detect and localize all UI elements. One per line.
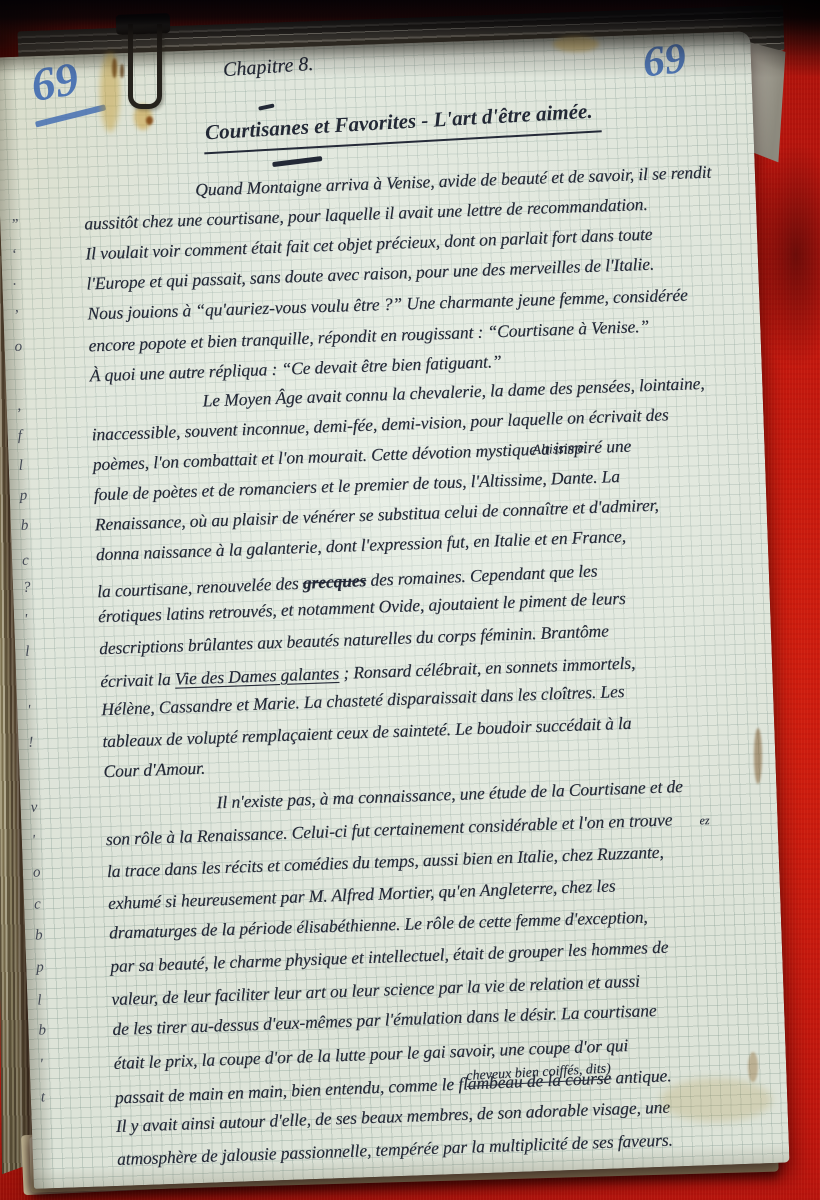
page-number-right: 69 <box>640 34 689 88</box>
interlinear-annotation: ez <box>699 813 710 828</box>
ink-mark <box>258 103 274 110</box>
ink-mark <box>272 156 322 167</box>
chapter-heading: Chapitre 8. <box>222 53 314 82</box>
manuscript-page: 69 69 Chapitre 8. Courtisanes et Favorit… <box>0 31 790 1189</box>
paperclip-icon <box>128 24 162 109</box>
interlinear-annotation: Altissime <box>532 441 584 459</box>
manuscript-photo: 69 69 Chapitre 8. Courtisanes et Favorit… <box>0 0 820 1200</box>
page-number-left: 69 <box>27 52 83 113</box>
